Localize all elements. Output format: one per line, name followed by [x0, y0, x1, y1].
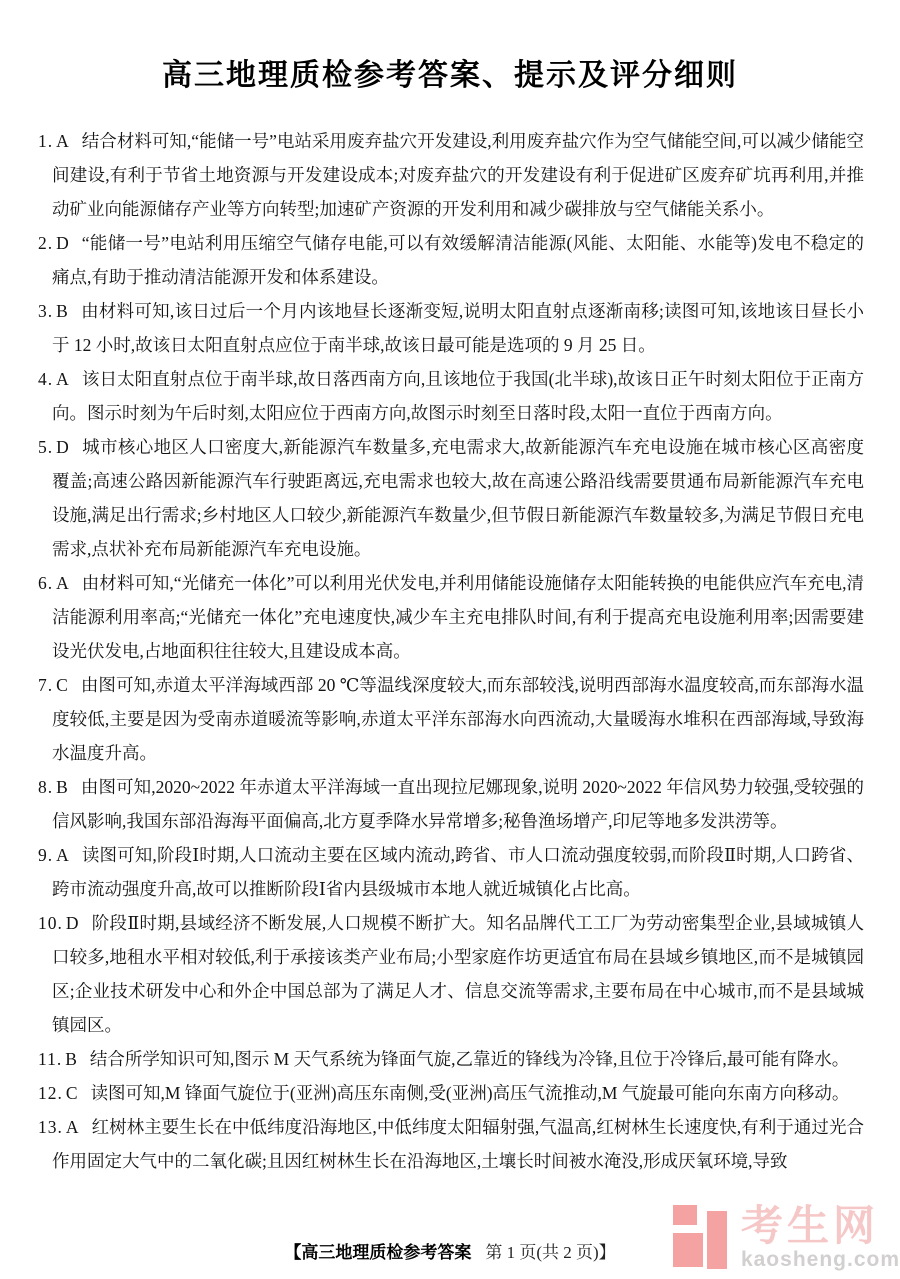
answer-item-9: 9.A读图可知,阶段Ⅰ时期,人口流动主要在区域内流动,跨省、市人口流动强度较弱,… — [38, 838, 864, 906]
document-page: 高三地理质检参考答案、提示及评分细则 1.A结合材料可知,“能储一号”电站采用废… — [0, 0, 900, 1279]
answer-choice: A — [56, 369, 69, 389]
answer-choice: A — [56, 845, 69, 865]
answer-item-7: 7.C由图可知,赤道太平洋海域西部 20 ℃等温线深度较大,而东部较浅,说明西部… — [38, 668, 864, 770]
answer-explanation: 由图可知,2020~2022 年赤道太平洋海域一直出现拉尼娜现象,说明 2020… — [52, 777, 864, 831]
answer-explanation: 该日太阳直射点位于南半球,故日落西南方向,且该地位于我国(北半球),故该日正午时… — [52, 369, 864, 423]
answer-number: 8. — [38, 777, 53, 797]
answer-choice: B — [65, 1049, 77, 1069]
answer-number: 10. — [38, 913, 63, 933]
answer-explanation: 结合材料可知,“能储一号”电站采用废弃盐穴开发建设,利用废弃盐穴作为空气储能空间… — [52, 131, 864, 219]
answer-number: 4. — [38, 369, 53, 389]
answer-explanation: 读图可知,M 锋面气旋位于(亚洲)高压东南侧,受(亚洲)高压气流推动,M 气旋最… — [91, 1083, 850, 1103]
answer-explanation: 结合所学知识可知,图示 M 天气系统为锋面气旋,乙靠近的锋线为冷锋,且位于冷锋后… — [90, 1049, 849, 1069]
page-footer: 【高三地理质检参考答案第 1 页(共 2 页)】 — [0, 1238, 900, 1263]
answer-item-1: 1.A结合材料可知,“能储一号”电站采用废弃盐穴开发建设,利用废弃盐穴作为空气储… — [38, 124, 864, 226]
answer-item-12: 12.C读图可知,M 锋面气旋位于(亚洲)高压东南侧,受(亚洲)高压气流推动,M… — [38, 1076, 864, 1110]
answer-choice: D — [56, 437, 69, 457]
footer-page-number: 第 1 页(共 2 页)】 — [485, 1243, 615, 1262]
answers-list: 1.A结合材料可知,“能储一号”电站采用废弃盐穴开发建设,利用废弃盐穴作为空气储… — [0, 124, 900, 1178]
answer-choice: A — [56, 573, 69, 593]
answer-choice: B — [56, 777, 68, 797]
answer-number: 5. — [38, 437, 53, 457]
answer-explanation: 由图可知,赤道太平洋海域西部 20 ℃等温线深度较大,而东部较浅,说明西部海水温… — [52, 675, 864, 763]
answer-explanation: 读图可知,阶段Ⅰ时期,人口流动主要在区域内流动,跨省、市人口流动强度较弱,而阶段… — [52, 845, 864, 899]
answer-item-2: 2.D“能储一号”电站利用压缩空气储存电能,可以有效缓解清洁能源(风能、太阳能、… — [38, 226, 864, 294]
answer-explanation: 红树林主要生长在中低纬度沿海地区,中低纬度太阳辐射强,气温高,红树林生长速度快,… — [52, 1117, 864, 1171]
answer-number: 11. — [38, 1049, 62, 1069]
answer-item-10: 10.D阶段Ⅱ时期,县域经济不断发展,人口规模不断扩大。知名品牌代工工厂为劳动密… — [38, 906, 864, 1042]
answer-explanation: 城市核心地区人口密度大,新能源汽车数量多,充电需求大,故新能源汽车充电设施在城市… — [52, 437, 864, 559]
answer-item-11: 11.B结合所学知识可知,图示 M 天气系统为锋面气旋,乙靠近的锋线为冷锋,且位… — [38, 1042, 864, 1076]
answer-choice: A — [66, 1117, 79, 1137]
answer-number: 6. — [38, 573, 53, 593]
answer-number: 12. — [38, 1083, 63, 1103]
answer-item-3: 3.B由材料可知,该日过后一个月内该地昼长逐渐变短,说明太阳直射点逐渐南移;读图… — [38, 294, 864, 362]
answer-number: 7. — [38, 675, 53, 695]
answer-number: 3. — [38, 301, 53, 321]
answer-explanation: 由材料可知,该日过后一个月内该地昼长逐渐变短,说明太阳直射点逐渐南移;读图可知,… — [52, 301, 864, 355]
answer-number: 13. — [38, 1117, 63, 1137]
answer-number: 1. — [38, 131, 53, 151]
answer-choice: D — [56, 233, 69, 253]
answer-choice: D — [66, 913, 79, 933]
answer-choice: A — [56, 131, 69, 151]
answer-item-5: 5.D城市核心地区人口密度大,新能源汽车数量多,充电需求大,故新能源汽车充电设施… — [38, 430, 864, 566]
answer-explanation: “能储一号”电站利用压缩空气储存电能,可以有效缓解清洁能源(风能、太阳能、水能等… — [52, 233, 864, 287]
answer-choice: C — [56, 675, 68, 695]
footer-document-name: 【高三地理质检参考答案 — [284, 1243, 471, 1262]
answer-number: 9. — [38, 845, 53, 865]
answer-explanation: 阶段Ⅱ时期,县域经济不断发展,人口规模不断扩大。知名品牌代工工厂为劳动密集型企业… — [52, 913, 864, 1035]
answer-item-6: 6.A由材料可知,“光储充一体化”可以利用光伏发电,并利用储能设施储存太阳能转换… — [38, 566, 864, 668]
answer-number: 2. — [38, 233, 53, 253]
answer-item-8: 8.B由图可知,2020~2022 年赤道太平洋海域一直出现拉尼娜现象,说明 2… — [38, 770, 864, 838]
answer-item-13: 13.A红树林主要生长在中低纬度沿海地区,中低纬度太阳辐射强,气温高,红树林生长… — [38, 1110, 864, 1178]
page-title: 高三地理质检参考答案、提示及评分细则 — [0, 0, 900, 94]
answer-explanation: 由材料可知,“光储充一体化”可以利用光伏发电,并利用储能设施储存太阳能转换的电能… — [52, 573, 864, 661]
answer-choice: B — [56, 301, 68, 321]
answer-item-4: 4.A该日太阳直射点位于南半球,故日落西南方向,且该地位于我国(北半球),故该日… — [38, 362, 864, 430]
answer-choice: C — [66, 1083, 78, 1103]
